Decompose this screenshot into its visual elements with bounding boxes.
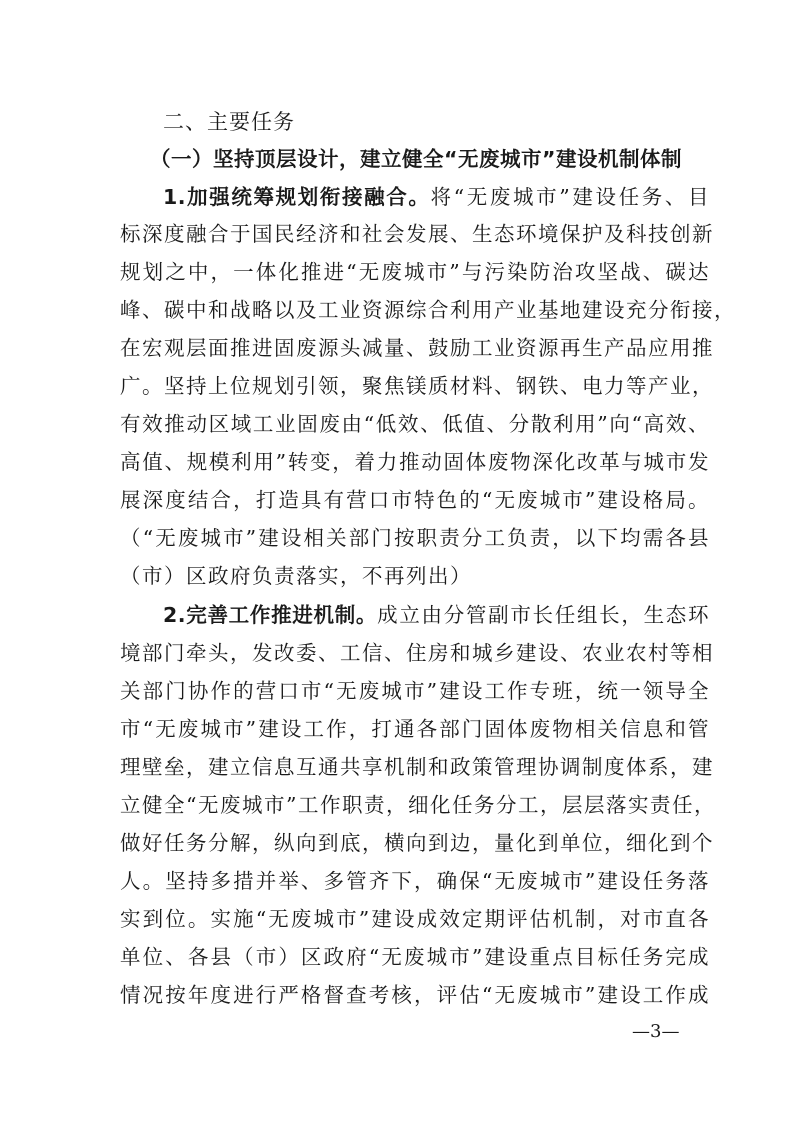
paragraph-line: （“无废城市”建设相关部门按职责分工负责，以下均需各县 bbox=[120, 524, 710, 552]
paragraph-line: 市“无废城市”建设工作，打通各部门固体废物相关信息和管 bbox=[120, 715, 710, 743]
paragraph-line: 在宏观层面推进固废源头减量、鼓励工业资源再生产品应用推 bbox=[120, 334, 710, 362]
paragraph-line: 做好任务分解，纵向到底，横向到边，量化到单位，细化到个 bbox=[120, 829, 710, 857]
paragraph-line: 理壁垒，建立信息互通共享机制和政策管理协调制度体系，建 bbox=[120, 753, 710, 781]
item1-title: 1.加强统筹规划衔接融合。 bbox=[163, 185, 431, 209]
paragraph-line: 情况按年度进行严格督查考核，评估“无废城市”建设工作成 bbox=[120, 981, 710, 1009]
paragraph-line: 峰、碳中和战略以及工业资源综合利用产业基地建设充分衔接， bbox=[120, 296, 710, 324]
item2-first-line-text: 成立由分管副市长任组长，生态环 bbox=[377, 603, 710, 627]
paragraph-line: 有效推动区域工业固废由“低效、低值、分散利用”向“高效、 bbox=[120, 410, 710, 438]
paragraph-line: 标深度融合于国民经济和社会发展、生态环境保护及科技创新 bbox=[120, 220, 710, 248]
paragraph-line: 关部门协作的营口市“无废城市”建设工作专班，统一领导全 bbox=[120, 677, 710, 705]
paragraph-line: 人。坚持多措并举、多管齐下，确保“无废城市”建设任务落 bbox=[120, 867, 710, 895]
paragraph-line: 境部门牵头，发改委、工信、住房和城乡建设、农业农村等相 bbox=[120, 639, 710, 667]
paragraph-line: 规划之中，一体化推进“无废城市”与污染防治攻坚战、碳达 bbox=[120, 258, 710, 286]
item2-first-line: 2.完善工作推进机制。成立由分管副市长任组长，生态环 bbox=[163, 601, 710, 629]
paragraph-line: 高值、规模利用”转变，着力推动固体废物深化改革与城市发 bbox=[120, 448, 710, 476]
item1-first-line: 1.加强统筹规划衔接融合。将“无废城市”建设任务、目 bbox=[163, 183, 710, 211]
paragraph-line: （市）区政府负责落实，不再列出） bbox=[120, 562, 710, 590]
paragraph-line: 广。坚持上位规划引领，聚焦镁质材料、钢铁、电力等产业， bbox=[120, 372, 710, 400]
paragraph-line: 立健全“无废城市”工作职责，细化任务分工，层层落实责任， bbox=[120, 791, 710, 819]
item1-first-line-text: 将“无废城市”建设任务、目 bbox=[431, 185, 710, 209]
paragraph-line: 单位、各县（市）区政府“无废城市”建设重点目标任务完成 bbox=[120, 943, 710, 971]
page-number: —3— bbox=[632, 1020, 679, 1044]
paragraph-line: 实到位。实施“无废城市”建设成效定期评估机制，对市直各 bbox=[120, 905, 710, 933]
subsection-heading: （一）坚持顶层设计，建立健全“无废城市”建设机制体制 bbox=[150, 145, 710, 173]
item2-title: 2.完善工作推进机制。 bbox=[163, 603, 377, 627]
document-page: 二、主要任务 （一）坚持顶层设计，建立健全“无废城市”建设机制体制 1.加强统筹… bbox=[0, 0, 793, 1122]
paragraph-line: 展深度结合，打造具有营口市特色的“无废城市”建设格局。 bbox=[120, 486, 710, 514]
section-heading: 二、主要任务 bbox=[163, 108, 295, 136]
